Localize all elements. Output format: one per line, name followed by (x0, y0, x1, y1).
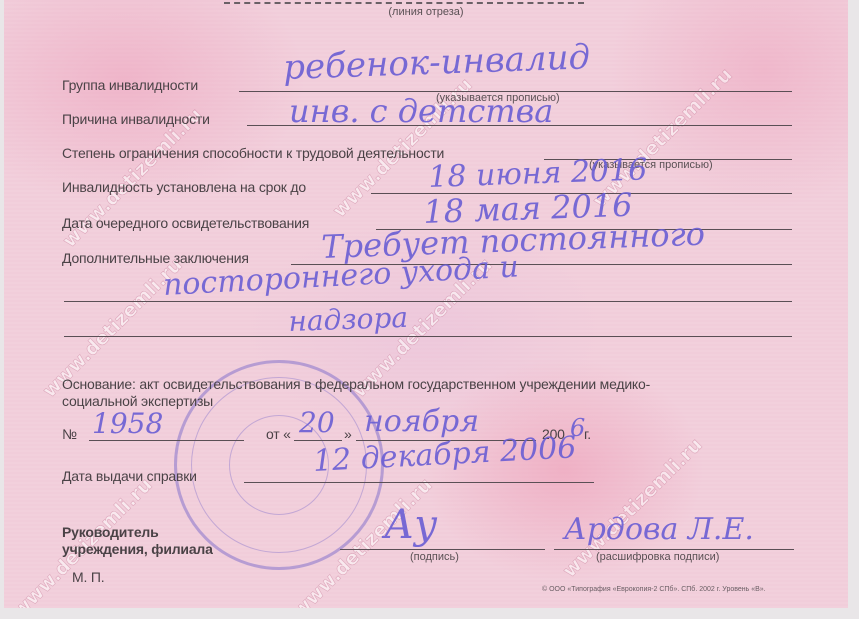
disability-group-label: Группа инвалидности (62, 77, 198, 93)
disability-certificate: www.detizemli.ru www.detizemli.ru www.de… (4, 0, 848, 608)
issue-date-line (244, 482, 594, 483)
act-year-suffix: г. (584, 426, 591, 442)
act-number-label: № (62, 426, 77, 442)
disability-cause-value: инв. с детства (289, 92, 553, 130)
disability-group-value: ребенок-инвалид (283, 37, 591, 88)
act-date-from-label: от « (266, 426, 291, 442)
act-month-value: ноября (364, 404, 479, 439)
additional-label: Дополнительные заключения (62, 250, 249, 266)
printer-imprint: © ООО «Типография «Еврокопия-2 СПб». СПб… (542, 586, 766, 593)
issue-date-label: Дата выдачи справки (62, 468, 197, 484)
act-number-line (89, 440, 244, 441)
decoding-value: Ардова Л.Е. (564, 512, 754, 547)
additional-value-3: надзора (288, 301, 409, 338)
act-day-value: 20 (299, 406, 335, 439)
valid-until-label: Инвалидность установлена на срок до (62, 179, 306, 195)
decoding-line (554, 549, 794, 550)
next-exam-label: Дата очередного освидетельствования (62, 215, 309, 231)
additional-line-3 (64, 336, 792, 337)
work-limitation-label: Степень ограничения способности к трудов… (62, 145, 444, 161)
basis-text-line-1: Основание: акт освидетельствования в фед… (62, 376, 650, 392)
head-label-line-2: учреждения, филиала (62, 541, 213, 557)
cut-line-label: (линия отреза) (4, 6, 848, 18)
act-number-value: 1958 (92, 407, 163, 440)
disability-cause-label: Причина инвалидности (62, 111, 210, 127)
signature-line (340, 549, 545, 550)
act-day-line (294, 440, 342, 441)
signature-value: Ау (384, 502, 438, 548)
decoding-hint: (расшифровка подписи) (596, 551, 719, 563)
cut-line (224, 2, 584, 4)
signature-hint: (подпись) (410, 551, 459, 563)
act-date-close-quote: » (344, 426, 352, 442)
head-label-line-1: Руководитель (62, 524, 159, 540)
stamp-place-label: М. П. (72, 569, 104, 585)
